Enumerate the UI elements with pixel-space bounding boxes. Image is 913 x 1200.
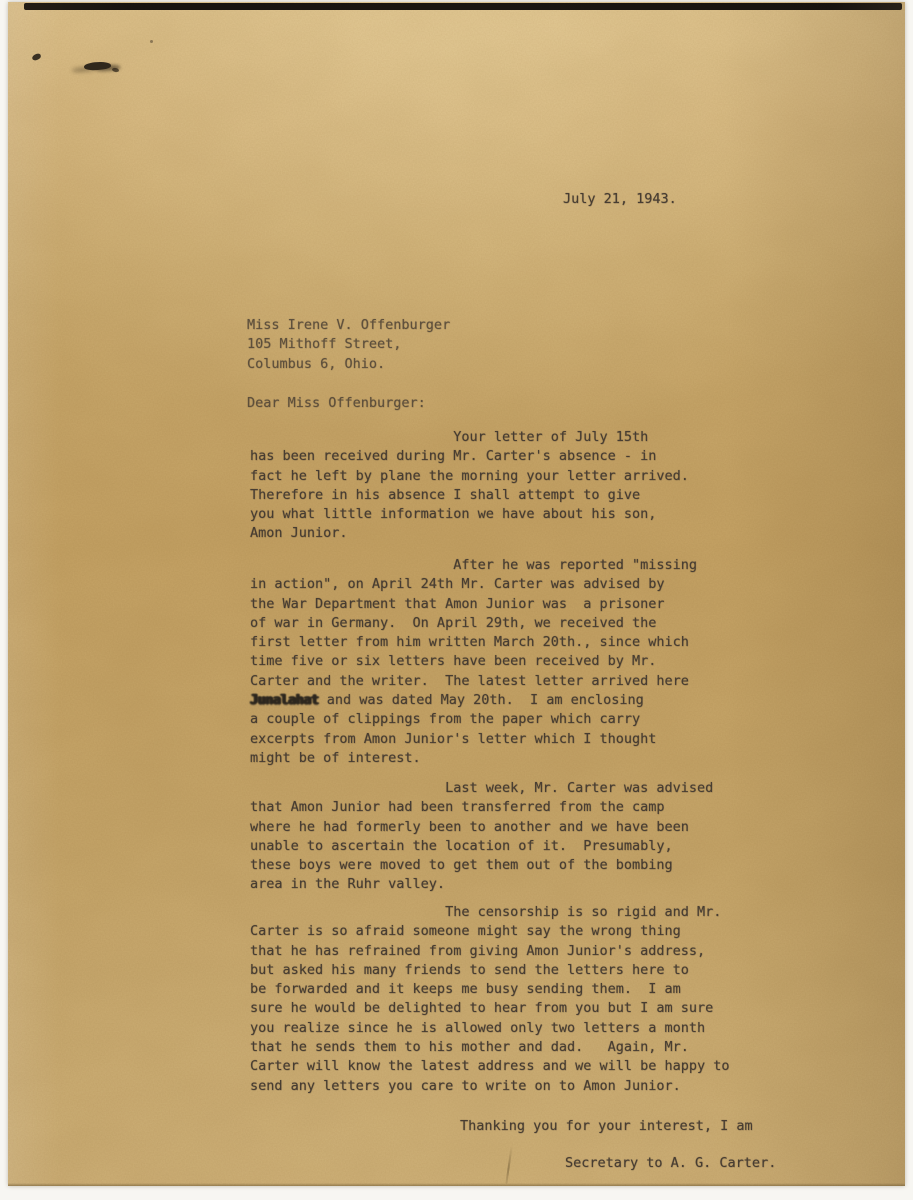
ink-smudge (31, 53, 41, 61)
salutation: Dear Miss Offenburger: (247, 394, 426, 413)
recipient-city: Columbus 6, Ohio. (247, 356, 385, 372)
scanned-letter-page: { "appearance": { "paper_color": "#c9a96… (0, 0, 913, 1200)
letter-paper: July 21, 1943. Miss Irene V. Offenburger… (8, 2, 905, 1186)
recipient-name: Miss Irene V. Offenburger (247, 317, 450, 333)
scan-edge-artifact (24, 3, 902, 10)
closing-line: Thanking you for your interest, I am (460, 1117, 753, 1136)
recipient-street: 105 Mithoff Street, (247, 336, 401, 352)
paper-crease (505, 1146, 512, 1184)
ink-smudge (112, 67, 120, 72)
paragraph-1: Your letter of July 15th has been receiv… (250, 428, 689, 544)
paragraph-3: Last week, Mr. Carter was advised that A… (250, 779, 713, 895)
paragraph-2-text-a: After he was reported "missing in action… (250, 557, 697, 689)
recipient-address: Miss Irene V. Offenburger 105 Mithoff St… (247, 316, 450, 374)
paragraph-2: After he was reported "missing in action… (250, 556, 697, 768)
ink-smudge (84, 61, 112, 72)
overstruck-correction: Junalahat (250, 692, 319, 708)
signature-line: Secretary to A. G. Carter. (565, 1154, 776, 1173)
ink-speck (150, 40, 153, 43)
letter-date: July 21, 1943. (563, 190, 677, 209)
paragraph-4: The censorship is so rigid and Mr. Carte… (250, 903, 730, 1096)
paper-bottom-shadow (8, 1183, 905, 1186)
